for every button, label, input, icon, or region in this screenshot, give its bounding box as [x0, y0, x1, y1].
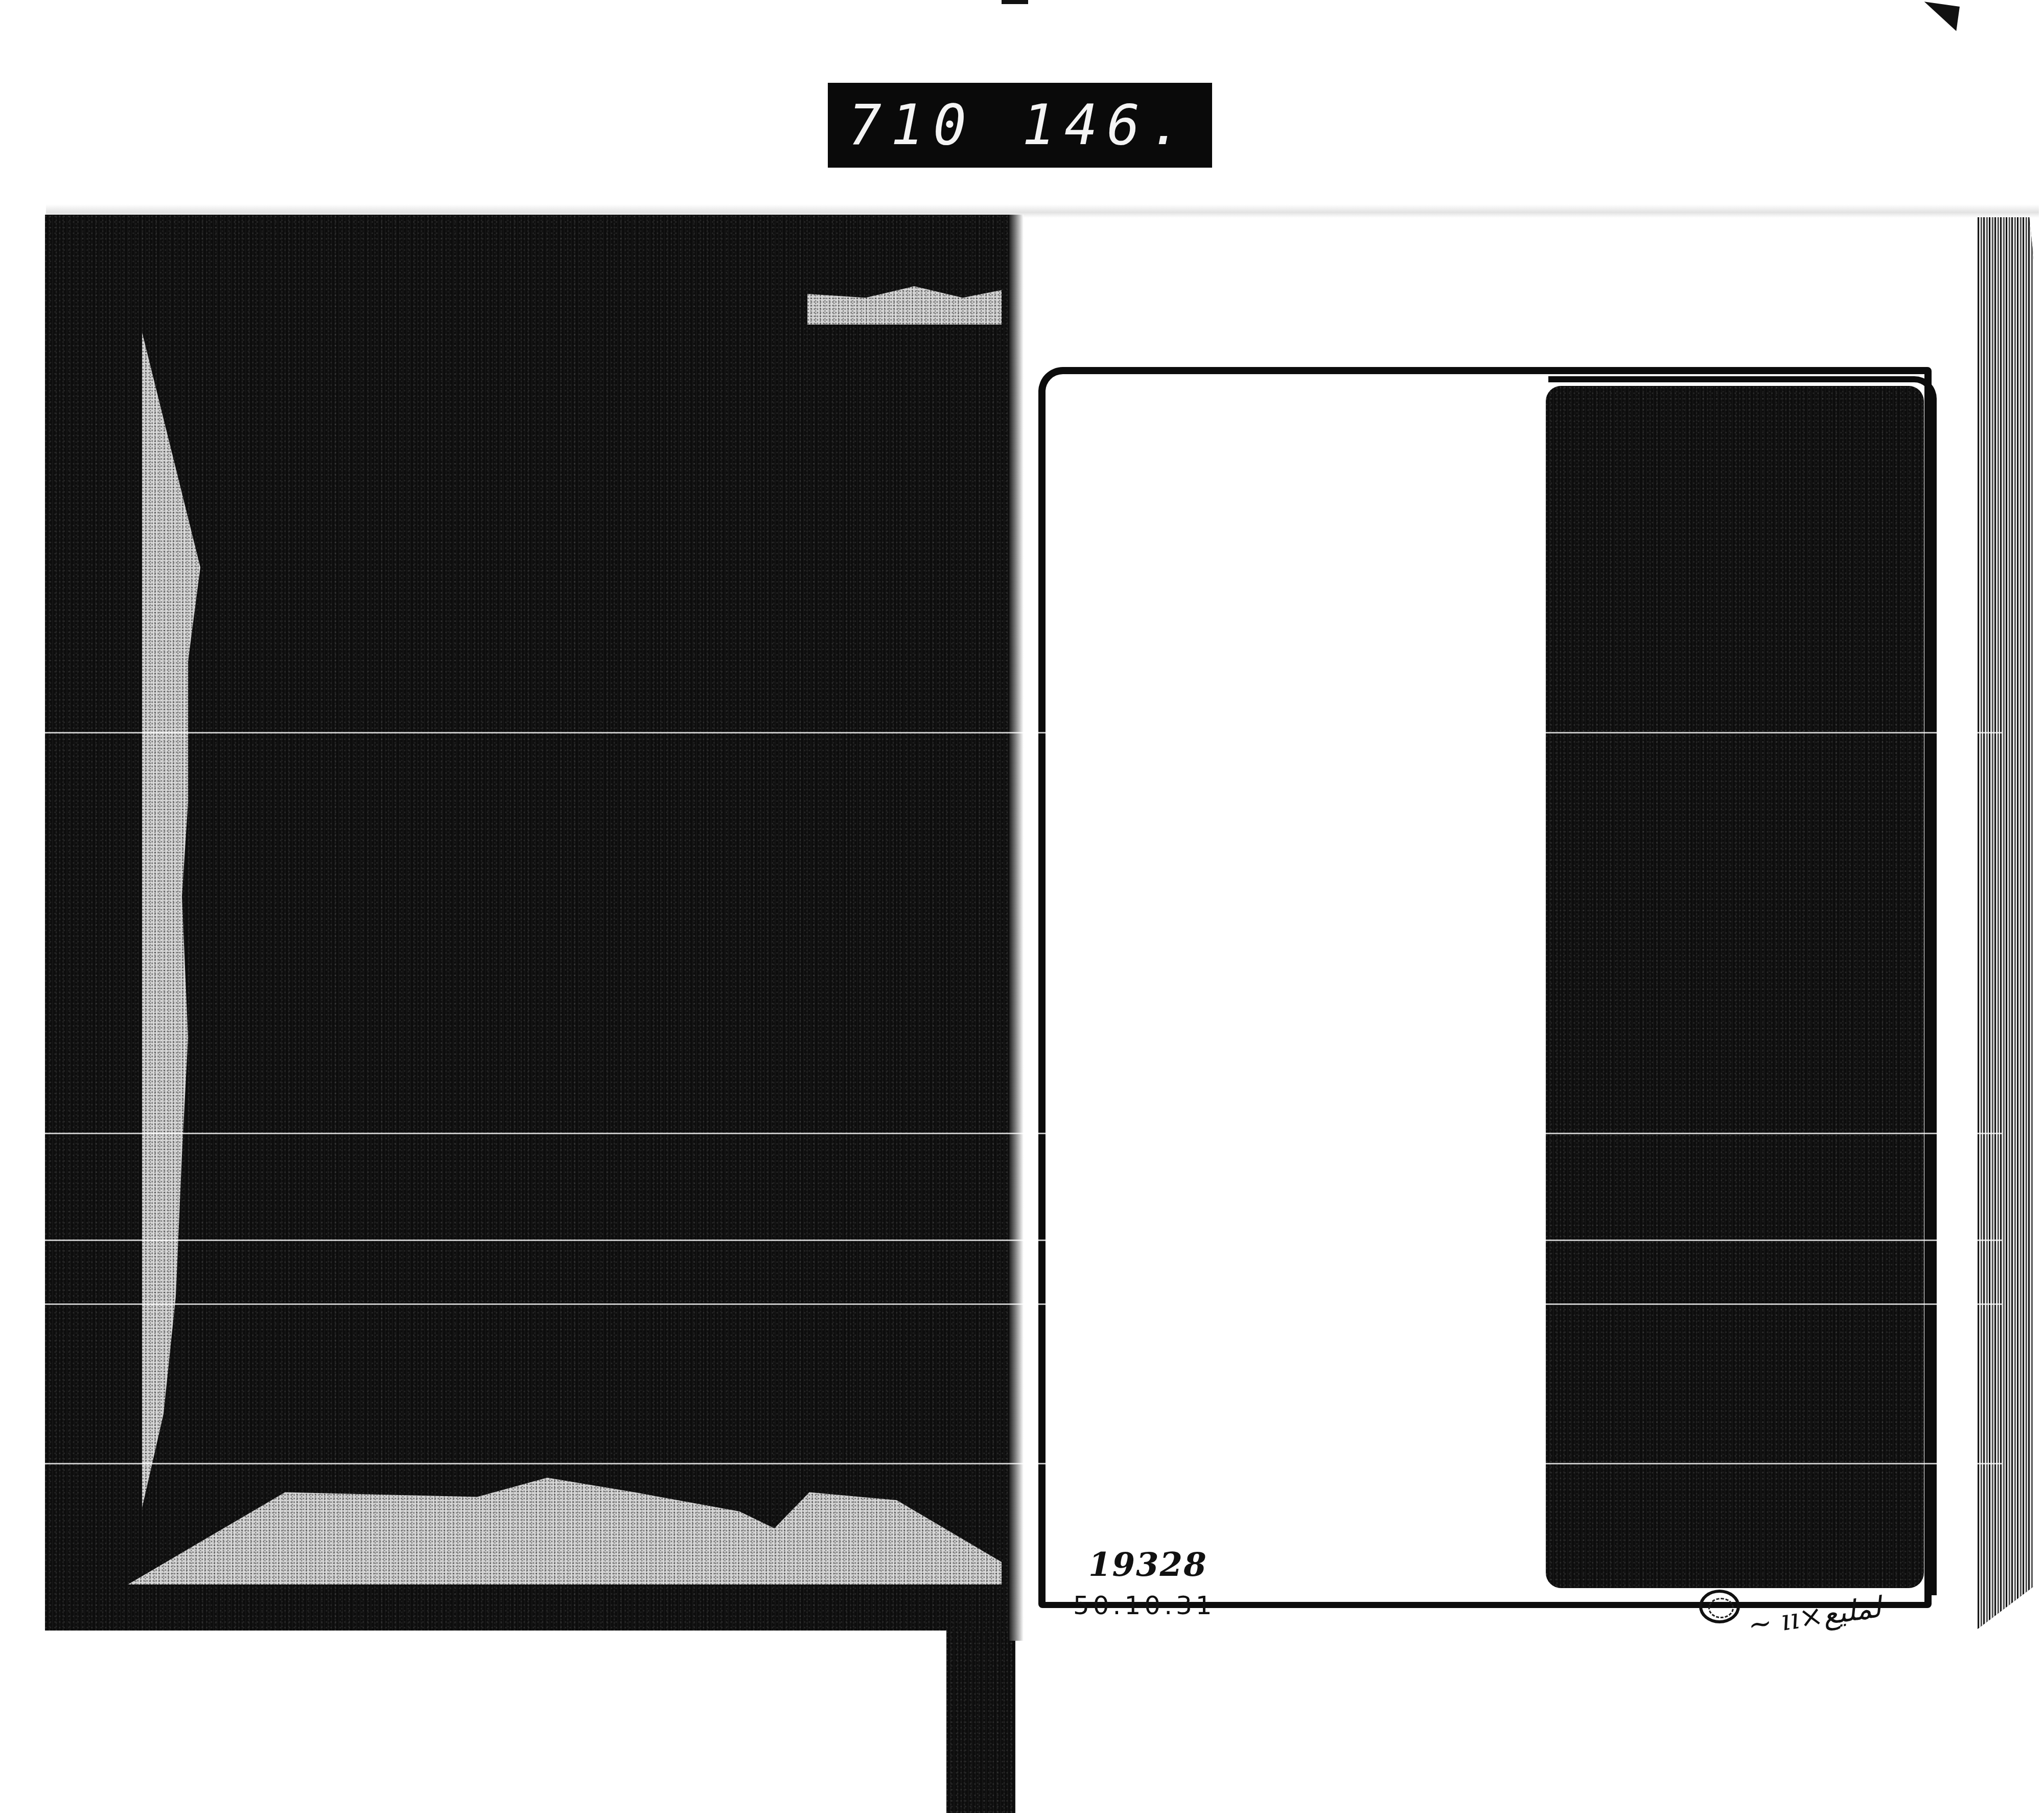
- reel-number: 710: [848, 94, 1022, 157]
- cover-spine-bottom: [946, 1631, 1015, 1813]
- scan-line-artifact: [45, 1133, 2002, 1134]
- scan-line-artifact: [45, 1303, 2002, 1305]
- acquisition-number: 19328: [1088, 1546, 1207, 1584]
- scan-line-artifact: [45, 1463, 2002, 1464]
- title-slip: [1546, 386, 1924, 1588]
- page-fore-edge: [1978, 217, 2034, 1643]
- acquisition-date: 50.10.31: [1073, 1591, 1216, 1620]
- spine-shadow: [1009, 215, 1024, 1641]
- film-frame-label: 710 146.: [828, 83, 1212, 168]
- scan-line-artifact: [45, 732, 2002, 733]
- library-seal-icon: [1699, 1590, 1740, 1623]
- film-edge-mark: [1002, 0, 1028, 4]
- book-cover: [45, 215, 1011, 1631]
- scan-line-artifact: [45, 1240, 2002, 1241]
- frame-number: 146.: [1022, 94, 1192, 157]
- film-corner-mark: [1921, 2, 1960, 31]
